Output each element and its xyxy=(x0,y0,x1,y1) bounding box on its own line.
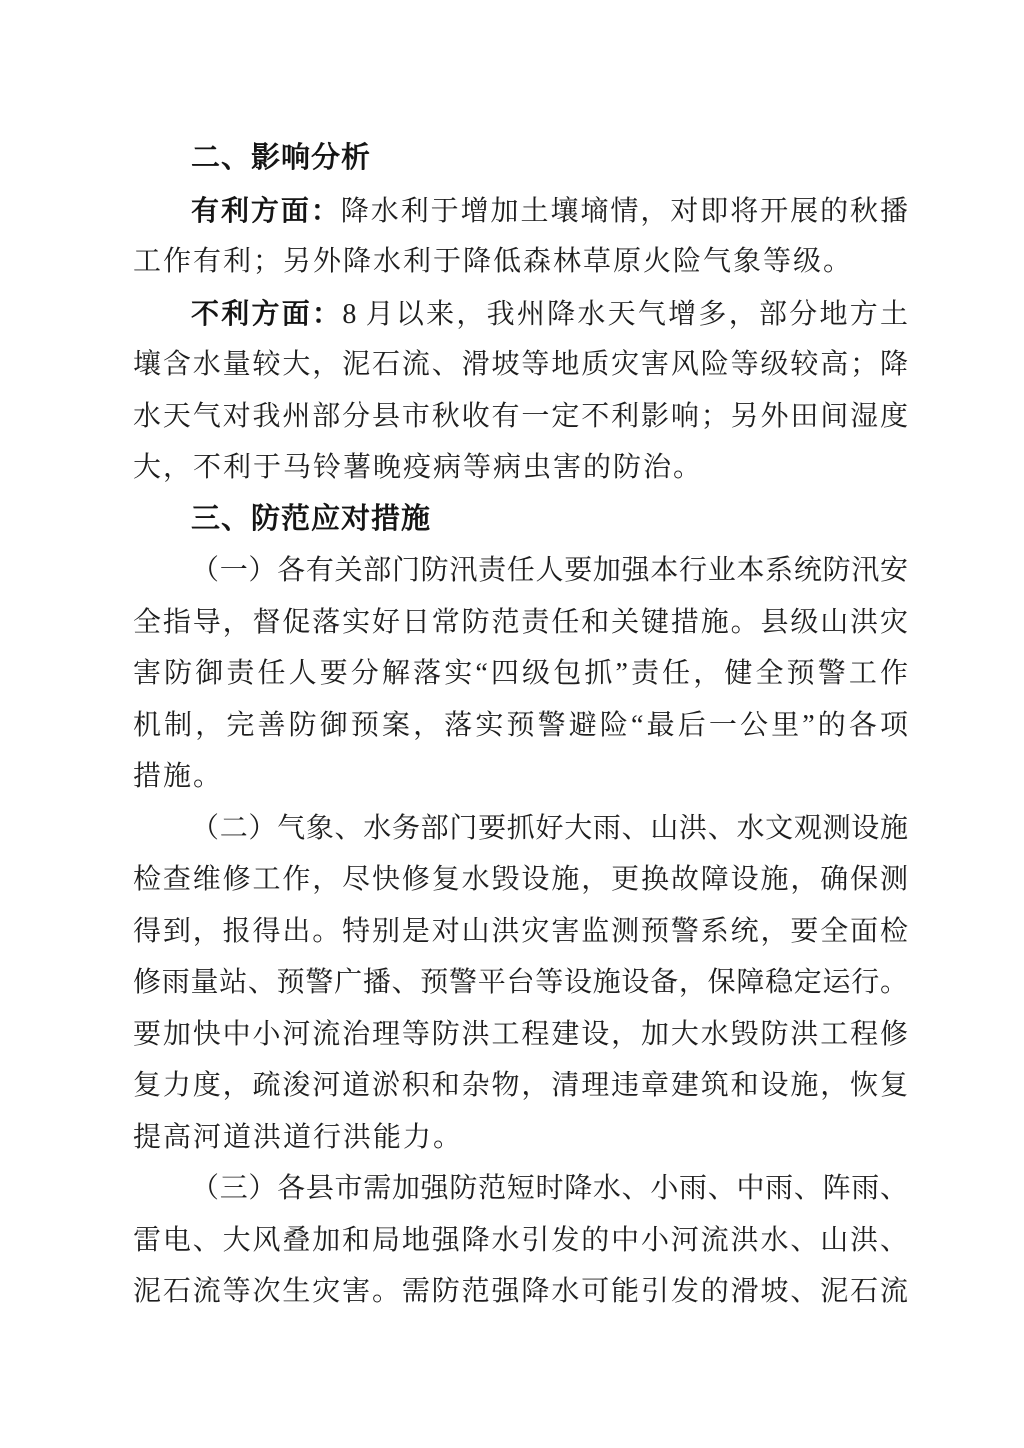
measure-2-line-2: 检查维修工作，尽快修复水毁设施，更换故障设施，确保测 xyxy=(133,854,908,906)
measure-1-line-5: 措施。 xyxy=(133,751,908,803)
document-text-block: 二、影响分析有利方面：降水利于增加土壤墒情，对即将开展的秋播工作有利；另外降水利… xyxy=(133,133,908,1318)
measure-3-line-2: 雷电、大风叠加和局地强降水引发的中小河流洪水、山洪、 xyxy=(133,1215,908,1267)
paragraph-text: 8 月以来，我州降水天气增多，部分地方土 xyxy=(342,299,908,330)
section-2-heading: 二、影响分析 xyxy=(133,133,908,185)
measure-2-line-1: （二）气象、水务部门要抓好大雨、山洪、水文观测设施 xyxy=(133,803,908,855)
unfavorable-para-line-3: 水天气对我州部分县市秋收有一定不利影响；另外田间湿度 xyxy=(133,391,908,443)
measure-3-line-3: 泥石流等次生灾害。需防范强降水可能引发的滑坡、泥石流 xyxy=(133,1266,908,1318)
measure-2-line-7: 提高河道洪道行洪能力。 xyxy=(133,1112,908,1164)
section-3-heading: 三、防范应对措施 xyxy=(133,494,908,546)
measure-3-line-1: （三）各县市需加强防范短时降水、小雨、中雨、阵雨、 xyxy=(133,1163,908,1215)
measure-2-line-3: 得到，报得出。特别是对山洪灾害监测预警系统，要全面检 xyxy=(133,906,908,958)
unfavorable-para-line-1: 不利方面：8 月以来，我州降水天气增多，部分地方土 xyxy=(133,288,908,340)
measure-1-line-4: 机制，完善防御预案，落实预警避险“最后一公里”的各项 xyxy=(133,700,908,752)
measure-1-line-1: （一）各有关部门防汛责任人要加强本行业本系统防汛安 xyxy=(133,545,908,597)
paragraph-bold-lead: 不利方面： xyxy=(191,298,342,329)
paragraph-bold-lead: 有利方面： xyxy=(191,195,341,226)
document-page: 二、影响分析有利方面：降水利于增加土壤墒情，对即将开展的秋播工作有利；另外降水利… xyxy=(0,0,1024,1448)
unfavorable-para-line-2: 壤含水量较大，泥石流、滑坡等地质灾害风险等级较高；降 xyxy=(133,339,908,391)
favorable-para-line-1: 有利方面：降水利于增加土壤墒情，对即将开展的秋播 xyxy=(133,185,908,237)
measure-1-line-2: 全指导，督促落实好日常防范责任和关键措施。县级山洪灾 xyxy=(133,597,908,649)
measure-2-line-6: 复力度，疏浚河道淤积和杂物，清理违章建筑和设施，恢复 xyxy=(133,1060,908,1112)
measure-2-line-5: 要加快中小河流治理等防洪工程建设，加大水毁防洪工程修 xyxy=(133,1009,908,1061)
measure-1-line-3: 害防御责任人要分解落实“四级包抓”责任，健全预警工作 xyxy=(133,648,908,700)
measure-2-line-4: 修雨量站、预警广播、预警平台等设施设备，保障稳定运行。 xyxy=(133,957,908,1009)
unfavorable-para-line-4: 大，不利于马铃薯晚疫病等病虫害的防治。 xyxy=(133,442,908,494)
favorable-para-line-2: 工作有利；另外降水利于降低森林草原火险气象等级。 xyxy=(133,236,908,288)
paragraph-text: 降水利于增加土壤墒情，对即将开展的秋播 xyxy=(341,196,908,227)
